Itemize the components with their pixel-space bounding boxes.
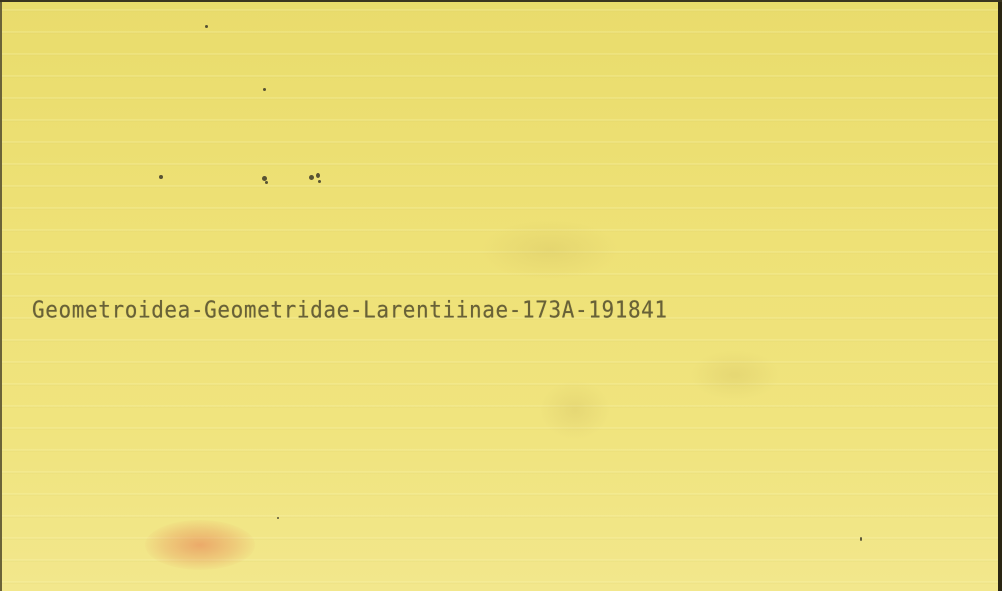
ink-speck <box>277 517 279 519</box>
ink-speck <box>265 181 268 184</box>
ink-speck <box>159 175 163 179</box>
taxonomy-label: Geometroidea-Geometridae-Larentiinae-173… <box>32 296 668 323</box>
ink-speck <box>318 180 321 183</box>
ink-speck <box>205 25 208 28</box>
ink-speck <box>316 173 320 178</box>
ink-speck <box>860 537 862 541</box>
ink-speck <box>263 88 266 91</box>
ink-speck <box>309 175 314 180</box>
smudge <box>540 380 610 440</box>
smudge <box>690 350 780 400</box>
specimen-label-card: Geometroidea-Geometridae-Larentiinae-173… <box>0 0 1002 591</box>
stain <box>145 520 255 570</box>
smudge <box>480 220 620 280</box>
